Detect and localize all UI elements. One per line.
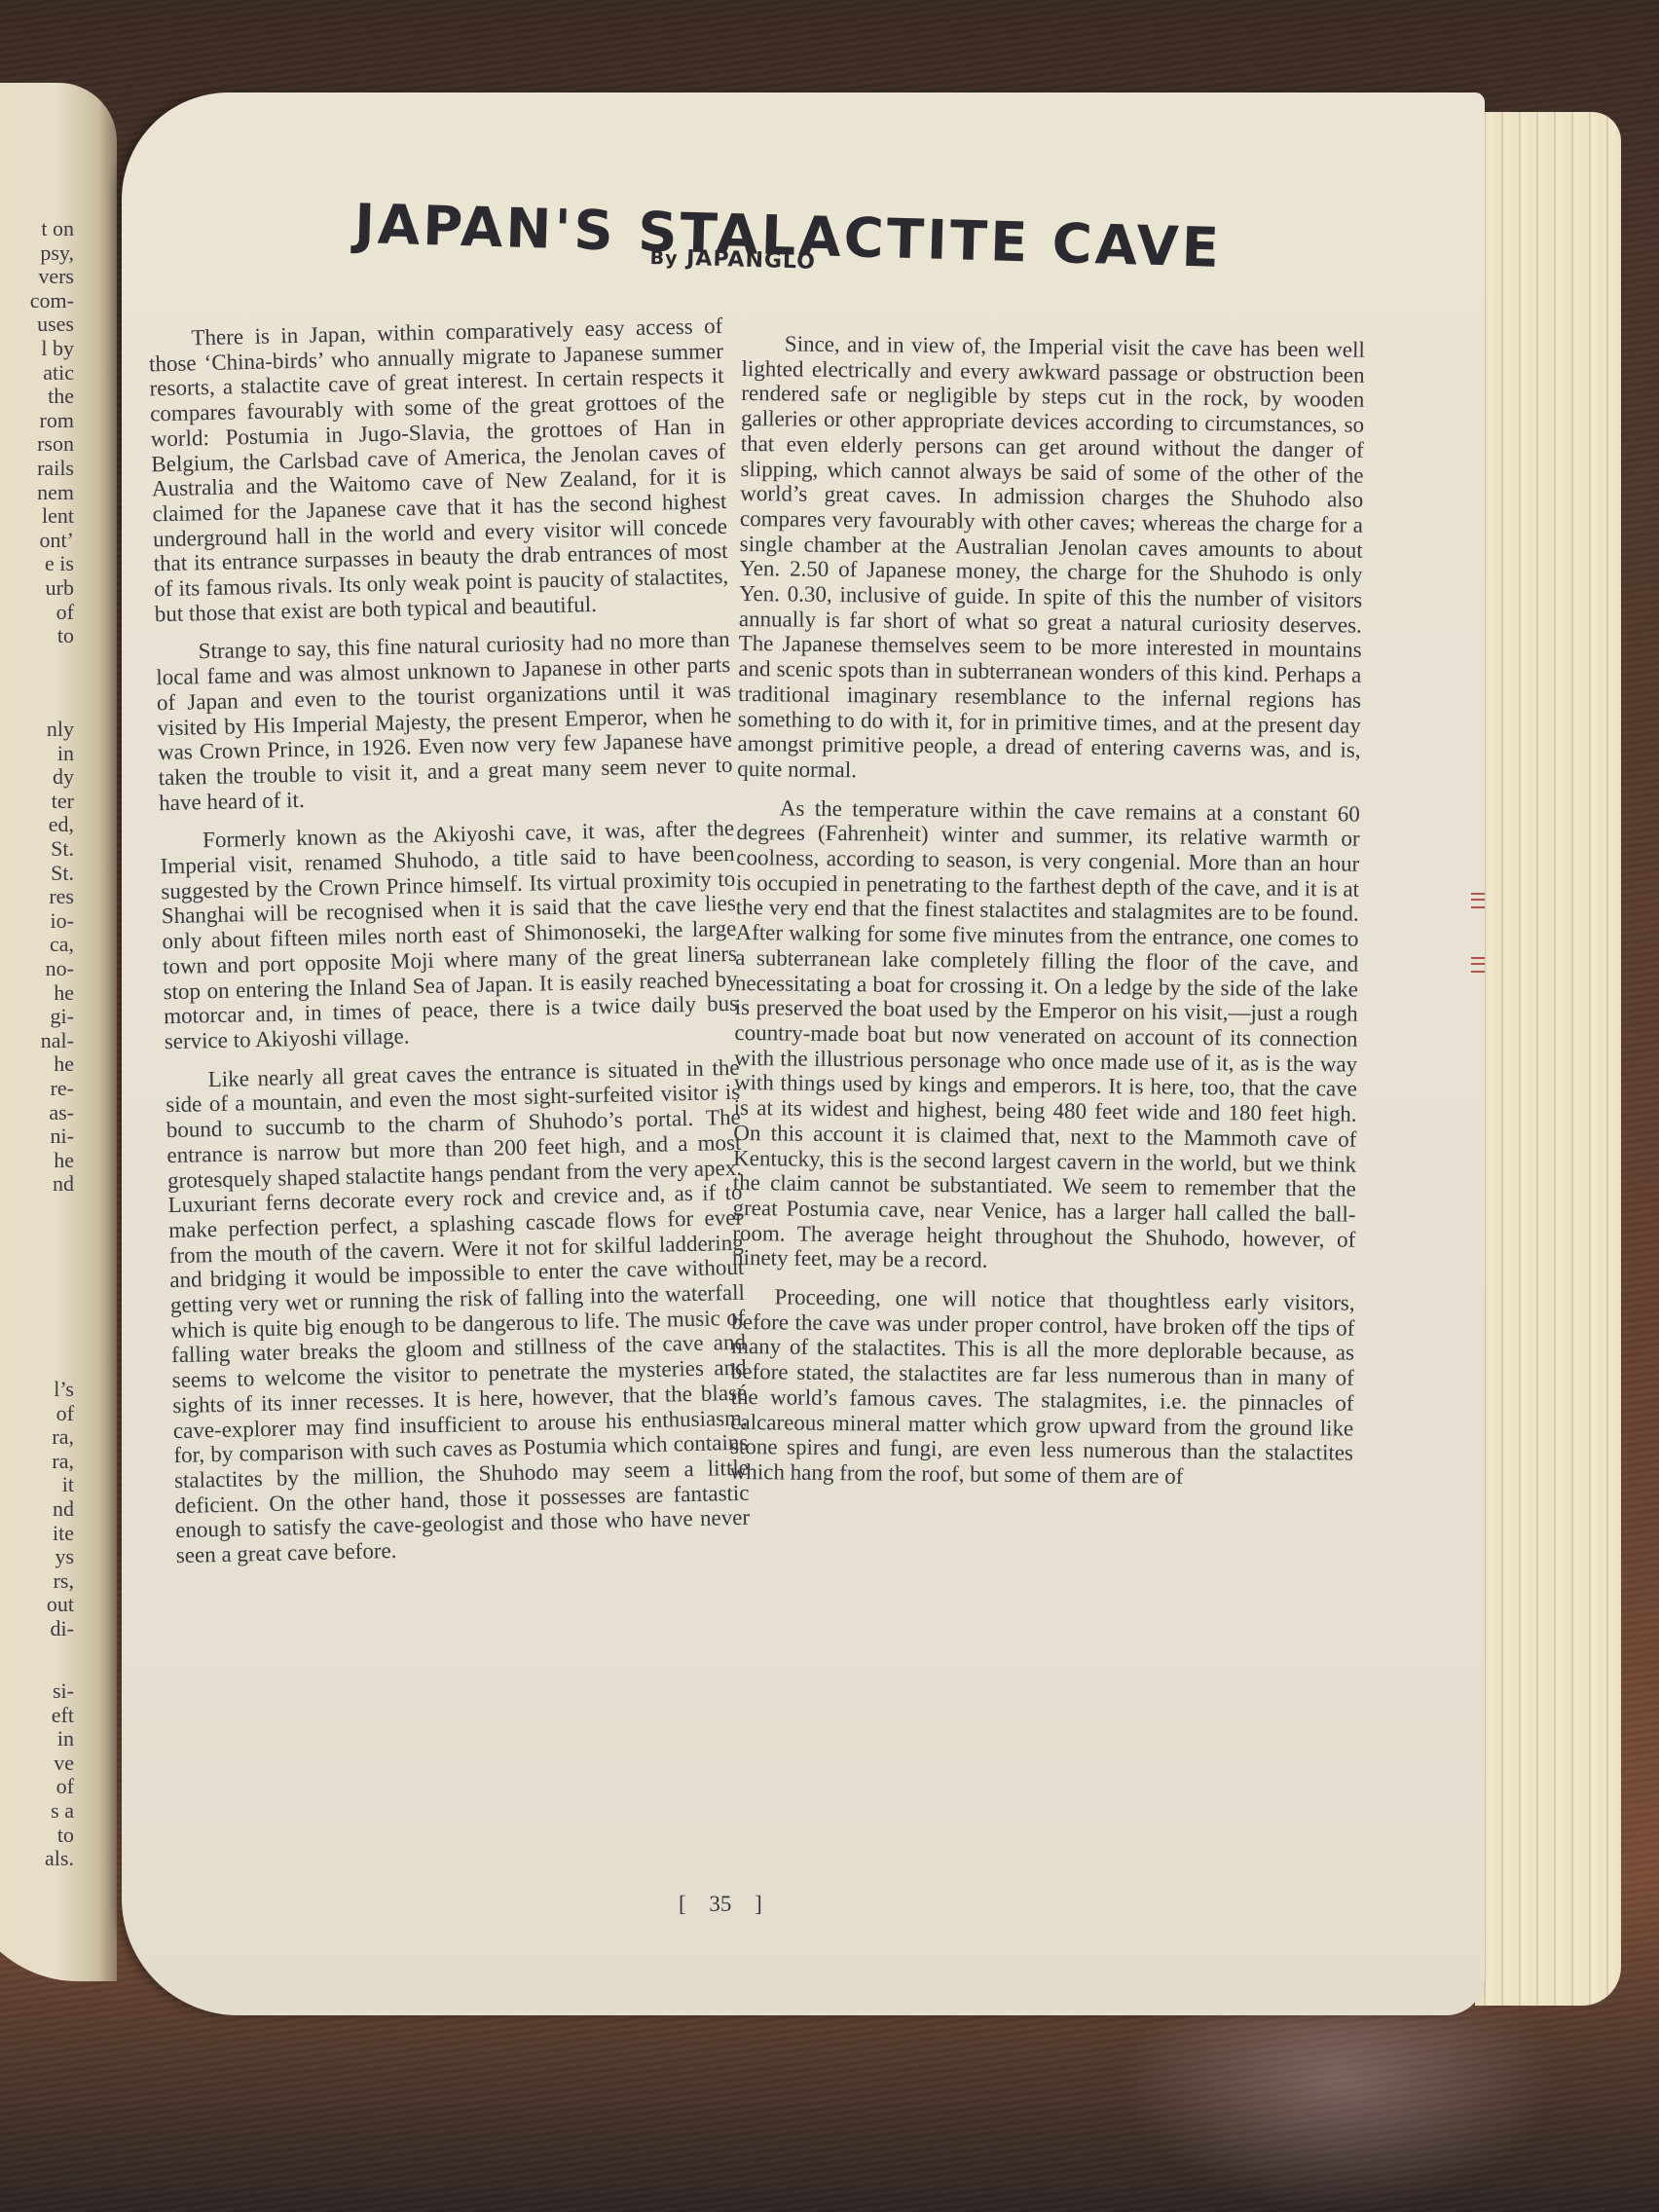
page-stack-edges (1475, 112, 1621, 2006)
facing-page-text-fragment: t on psy, vers com- uses l by atic the r… (30, 217, 74, 648)
paragraph: Formerly known as the Akiyoshi cave, it … (160, 816, 739, 1054)
byline-prefix: By (649, 247, 678, 270)
facing-page-text-fragment: l’s of ra, ra, it nd ite ys rs, out di- (47, 1378, 74, 1641)
byline-author: JAPANGLO (686, 246, 816, 275)
page-number: [ 35 ] (679, 1892, 762, 1917)
paragraph: As the temperature within the cave remai… (732, 795, 1360, 1277)
paragraph: Like nearly all great caves the entrance… (165, 1054, 751, 1567)
paragraph: Strange to say, this fine natural curios… (155, 627, 733, 815)
edge-mark (1471, 957, 1485, 973)
facing-page-left: t on psy, vers com- uses l by atic the r… (0, 83, 117, 1981)
edge-mark (1471, 893, 1485, 908)
facing-page-text-fragment: si- eft in ve of s a to als. (45, 1679, 74, 1871)
paragraph: There is in Japan, within comparatively … (148, 313, 729, 627)
facing-page-text-fragment: nly in dy ter ed, St. St. res io- ca, no… (41, 718, 74, 1197)
left-text-column: There is in Japan, within comparatively … (148, 313, 751, 1582)
paragraph: Since, and in view of, the Imperial visi… (737, 331, 1365, 788)
right-text-column: Since, and in view of, the Imperial visi… (729, 331, 1365, 1504)
article-byline: By JAPANGLO (649, 245, 816, 275)
paragraph: Proceeding, one will notice that thought… (730, 1284, 1355, 1491)
